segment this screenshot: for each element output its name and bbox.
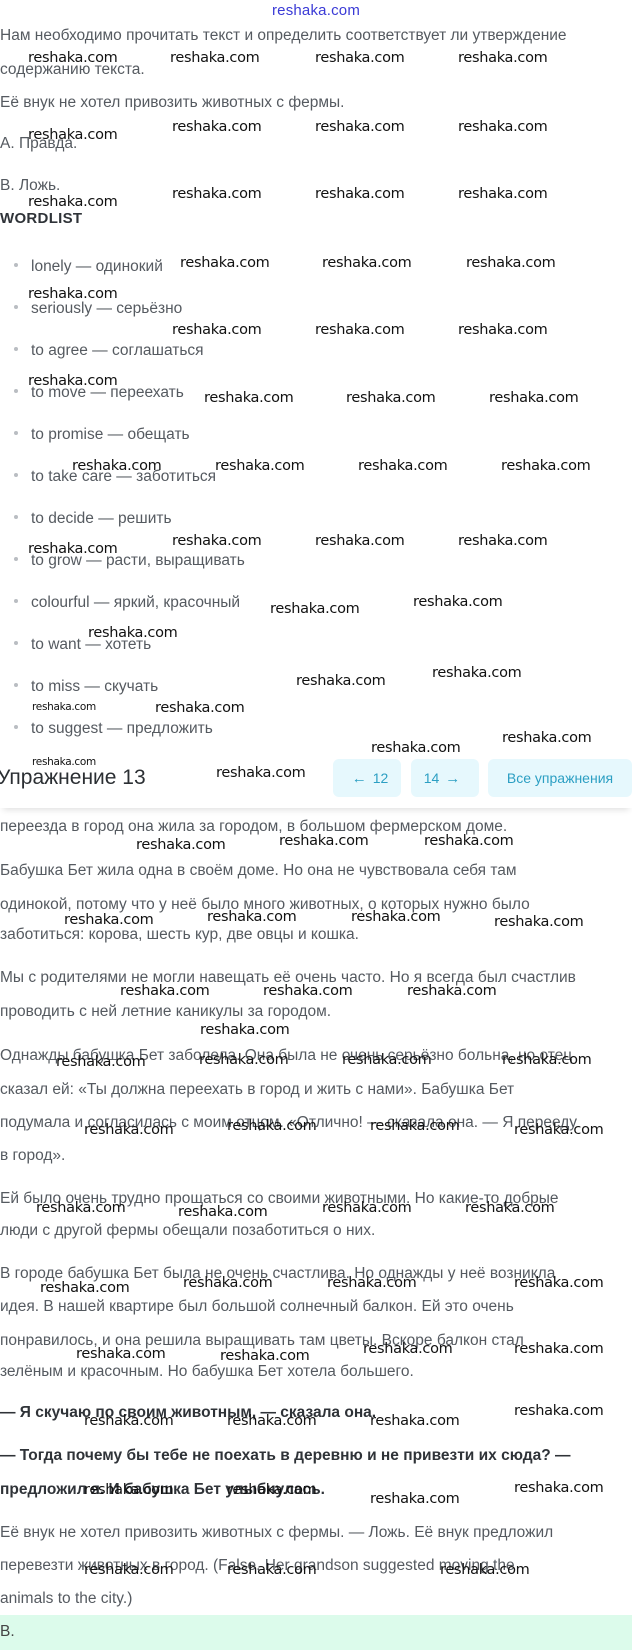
all-exercises-button[interactable]: Все упражнения (488, 759, 632, 797)
watermark-text: reshaka.com (465, 1200, 555, 1216)
watermark-text: reshaka.com (315, 322, 405, 338)
task-statement: Её внук не хотел привозить животных с фе… (0, 94, 344, 112)
wordlist-item: to agree — соглашаться (14, 342, 204, 360)
watermark-text: reshaka.com (370, 1118, 460, 1134)
story-line: Бабушка Бет жила одна в своём доме. Но о… (0, 862, 517, 880)
site-brand-link[interactable]: reshaka.com (0, 2, 632, 19)
watermark-text: reshaka.com (84, 1413, 174, 1429)
wordlist-item-text: lonely — одинокий (31, 258, 163, 275)
watermark-text: reshaka.com (155, 700, 245, 716)
watermark-text: reshaka.com (204, 390, 294, 406)
watermark-text: reshaka.com (315, 533, 405, 549)
watermark-text: reshaka.com (346, 390, 436, 406)
watermark-text: reshaka.com (279, 833, 369, 849)
watermark-text: reshaka.com (172, 322, 262, 338)
story-line: люди с другой фермы обещали позаботиться… (0, 1222, 375, 1240)
watermark-text: reshaka.com (440, 1562, 530, 1578)
wordlist-item-text: to miss — скучать (31, 678, 158, 695)
watermark-text: reshaka.com (270, 601, 360, 617)
watermark-text: reshaka.com (458, 533, 548, 549)
watermark-text: reshaka.com (358, 458, 448, 474)
story-line: идея. В нашей квартире был большой солне… (0, 1298, 514, 1316)
all-exercises-label: Все упражнения (507, 770, 613, 786)
arrow-right-icon: → (445, 770, 460, 787)
watermark-text: reshaka.com (56, 1054, 146, 1070)
watermark-text: reshaka.com (84, 1562, 174, 1578)
explanation-line: animals to the city.) (0, 1590, 132, 1608)
watermark-text: reshaka.com (227, 1562, 317, 1578)
bullet-icon (14, 263, 18, 267)
watermark-text: reshaka.com (227, 1482, 317, 1498)
watermark-text: reshaka.com (84, 1122, 174, 1138)
watermark-text: reshaka.com (514, 1403, 604, 1419)
watermark-text: reshaka.com (514, 1275, 604, 1291)
wordlist-item: seriously — серьёзно (14, 300, 182, 318)
prev-exercise-label: 12 (373, 770, 389, 786)
watermark-text: reshaka.com (263, 983, 353, 999)
wordlist-item-text: seriously — серьёзно (31, 300, 182, 317)
watermark-text: reshaka.com (40, 1280, 130, 1296)
wordlist-item: lonely — одинокий (14, 258, 163, 276)
watermark-text: reshaka.com (199, 1052, 289, 1068)
bullet-icon (14, 725, 18, 729)
watermark-text: reshaka.com (72, 458, 162, 474)
watermark-text: reshaka.com (64, 912, 154, 928)
watermark-text: reshaka.com (432, 665, 522, 681)
story-line: проводить с ней летние каникулы за город… (0, 1003, 331, 1021)
watermark-text: reshaka.com (458, 50, 548, 66)
watermark-text: reshaka.com (227, 1413, 317, 1429)
watermark-text: reshaka.com (183, 1275, 273, 1291)
watermark-text: reshaka.com (120, 983, 210, 999)
story-line: в город». (0, 1147, 65, 1165)
bullet-icon (14, 515, 18, 519)
option-b: B. Ложь. (0, 177, 60, 195)
bullet-icon (14, 683, 18, 687)
story-line: зелёным и красочным. Но бабушка Бет хоте… (0, 1363, 414, 1381)
wordlist-item-text: colourful — яркий, красочный (31, 594, 240, 611)
watermark-text: reshaka.com (466, 255, 556, 271)
watermark-text: reshaka.com (502, 1052, 592, 1068)
watermark-text: reshaka.com (28, 373, 118, 389)
watermark-text: reshaka.com (514, 1480, 604, 1496)
next-exercise-label: 14 (424, 770, 440, 786)
watermark-text: reshaka.com (28, 127, 118, 143)
watermark-text: reshaka.com (215, 458, 305, 474)
prev-exercise-button[interactable]: ← 12 (333, 759, 401, 797)
watermark-text: reshaka.com (84, 1482, 174, 1498)
watermark-text: reshaka.com (494, 914, 584, 930)
watermark-text: reshaka.com (370, 1491, 460, 1507)
watermark-text: reshaka.com (458, 186, 548, 202)
watermark-text: reshaka.com (88, 625, 178, 641)
bullet-icon (14, 641, 18, 645)
wordlist-item: to promise — обещать (14, 426, 190, 444)
watermark-text: reshaka.com (458, 119, 548, 135)
page-title: Упражнение 13 (0, 766, 146, 790)
watermark-text: reshaka.com (28, 50, 118, 66)
watermark-text: reshaka.com (315, 50, 405, 66)
watermark-text: reshaka.com (327, 1275, 417, 1291)
story-line: заботиться: корова, шесть кур, две овцы … (0, 926, 359, 944)
watermark-text: reshaka.com (342, 1052, 432, 1068)
watermark-text: reshaka.com (501, 458, 591, 474)
wordlist-item: to miss — скучать (14, 678, 158, 696)
wordlist-item-text: to suggest — предложить (31, 720, 213, 737)
watermark-text: reshaka.com (322, 255, 412, 271)
watermark-text: reshaka.com (227, 1118, 317, 1134)
next-exercise-button[interactable]: 14 → (411, 759, 479, 797)
watermark-text: reshaka.com (315, 119, 405, 135)
watermark-text: reshaka.com (28, 286, 118, 302)
bullet-icon (14, 431, 18, 435)
wordlist-item: colourful — яркий, красочный (14, 594, 240, 612)
watermark-text: reshaka.com (76, 1346, 166, 1362)
bullet-icon (14, 389, 18, 393)
watermark-text: reshaka.com (200, 1022, 290, 1038)
watermark-text: reshaka.com (170, 50, 260, 66)
answer-box: B. (0, 1615, 632, 1650)
watermark-text: reshaka.com (322, 1200, 412, 1216)
wordlist-item-text: to agree — соглашаться (31, 342, 204, 359)
bullet-icon (14, 557, 18, 561)
watermark-text: reshaka.com (489, 390, 579, 406)
task-instruction: Нам необходимо прочитать текст и определ… (0, 27, 567, 45)
watermark-text: reshaka.com (28, 194, 118, 210)
wordlist-item-text: to promise — обещать (31, 426, 190, 443)
wordlist-item: to suggest — предложить (14, 720, 213, 738)
watermark-text: reshaka.com (514, 1122, 604, 1138)
arrow-left-icon: ← (352, 770, 367, 787)
wordlist-item: to decide — решить (14, 510, 172, 528)
story-line: сказал ей: «Ты должна переехать в город … (0, 1081, 514, 1099)
answer-value: B. (0, 1623, 15, 1641)
watermark-text: reshaka.com (370, 1413, 460, 1429)
watermark-text: reshaka.com (363, 1341, 453, 1357)
watermark-text: reshaka.com (180, 255, 270, 271)
watermark-text: reshaka.com (28, 541, 118, 557)
watermark-text: reshaka.com (136, 837, 226, 853)
bullet-icon (14, 347, 18, 351)
bullet-icon (14, 599, 18, 603)
watermark-text: reshaka.com (315, 186, 405, 202)
explanation-line: Её внук не хотел привозить животных с фе… (0, 1524, 553, 1542)
bullet-icon (14, 305, 18, 309)
dialogue-line: — Тогда почему бы тебе не поехать в дере… (0, 1447, 571, 1465)
watermark-text: reshaka.com (172, 119, 262, 135)
wordlist-title: WORDLIST (0, 210, 82, 227)
watermark-text: reshaka.com (351, 909, 441, 925)
watermark-text: reshaka.com (172, 186, 262, 202)
wordlist-item-text: to decide — решить (31, 510, 172, 527)
watermark-text: reshaka.com (216, 765, 306, 781)
watermark-text: reshaka.com (458, 322, 548, 338)
dialogue-line: — Я скучаю по своим животным, — сказала … (0, 1404, 376, 1422)
watermark-text: reshaka.com (32, 701, 96, 713)
watermark-text: reshaka.com (413, 594, 503, 610)
watermark-text: reshaka.com (178, 1204, 268, 1220)
watermark-text: reshaka.com (407, 983, 497, 999)
watermark-text: reshaka.com (220, 1348, 310, 1364)
watermark-text: reshaka.com (172, 533, 262, 549)
bullet-icon (14, 473, 18, 477)
watermark-text: reshaka.com (514, 1341, 604, 1357)
watermark-text: reshaka.com (296, 673, 386, 689)
watermark-text: reshaka.com (32, 756, 96, 768)
watermark-text: reshaka.com (36, 1200, 126, 1216)
watermark-text: reshaka.com (424, 833, 514, 849)
watermark-text: reshaka.com (207, 909, 297, 925)
watermark-text: reshaka.com (502, 730, 592, 746)
watermark-text: reshaka.com (371, 740, 461, 756)
